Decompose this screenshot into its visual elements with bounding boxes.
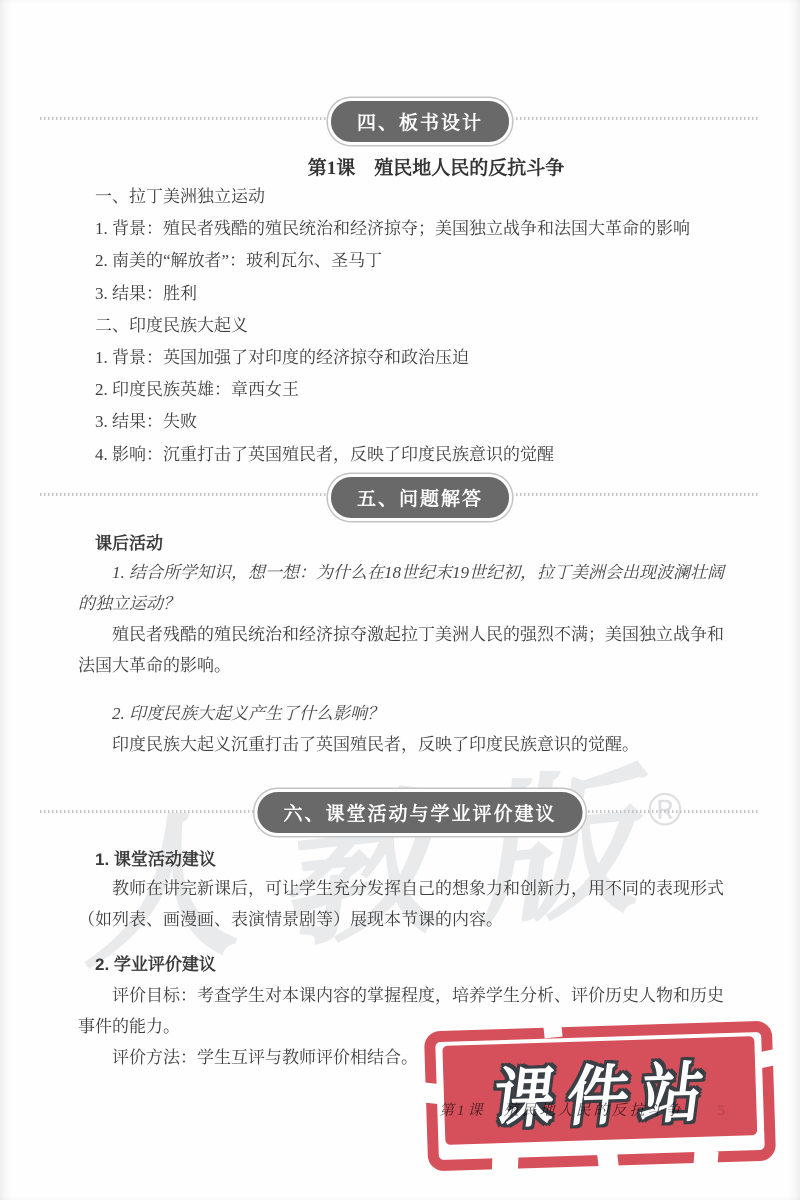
question-1: 1. 结合所学知识，想一想：为什么在18世纪末19世纪初，拉丁美洲会出现波澜壮阔… <box>78 557 736 619</box>
section-header-board-design: 四、板书设计 <box>331 101 509 142</box>
answer-2: 印度民族大起义沉重打击了英国殖民者，反映了印度民族意识的觉醒。 <box>78 729 736 760</box>
stamp-texture-gap <box>423 1082 441 1104</box>
board-line: 3. 结果：胜利 <box>95 278 740 310</box>
kejianzhan-stamp: 课件站 <box>424 1021 776 1172</box>
stamp-text: 课件站 <box>478 1040 722 1141</box>
registered-trademark-icon: ® <box>648 782 682 836</box>
board-line: 二、印度民族大起义 <box>95 310 740 342</box>
answer-1: 殖民者残酷的殖民统治和经济掠夺激起拉丁美洲人民的强烈不满；美国独立战争和法国大革… <box>78 619 736 681</box>
section-header-suggestions: 六、课堂活动与学业评价建议 <box>257 792 582 833</box>
classroom-activity-heading: 1. 课堂活动建议 <box>95 845 216 870</box>
board-design-outline: 一、拉丁美洲独立运动 1. 背景：殖民者残酷的殖民统治和经济掠夺；美国独立战争和… <box>95 181 740 471</box>
board-line: 4. 影响：沉重打击了英国殖民者，反映了印度民族意识的觉醒 <box>95 439 740 471</box>
classroom-activity-text: 教师在讲完新课后，可让学生充分发挥自己的想象力和创新力，用不同的表现形式（如列表… <box>78 873 736 935</box>
board-line: 一、拉丁美洲独立运动 <box>95 181 740 213</box>
board-line: 2. 南美的“解放者”：玻利瓦尔、圣马丁 <box>95 245 740 277</box>
stamp-background: 课件站 <box>442 1036 757 1145</box>
after-class-activity-heading: 课后活动 <box>95 529 163 554</box>
stamp-texture-gap <box>492 1157 519 1173</box>
board-line: 2. 印度民族英雄：章西女王 <box>95 374 740 406</box>
board-line: 1. 背景：殖民者残酷的殖民统治和经济掠夺；美国独立战争和法国大革命的影响 <box>95 213 740 245</box>
board-line: 3. 结果：失败 <box>95 406 740 438</box>
stamp-texture-gap <box>693 1150 718 1167</box>
lesson-title: 第1课 殖民地人民的反抗斗争 <box>108 153 764 180</box>
board-line: 1. 背景：英国加强了对印度的经济掠夺和政治压迫 <box>95 342 740 374</box>
section-header-qa: 五、问题解答 <box>331 477 509 518</box>
stamp-texture-gap <box>543 1024 562 1039</box>
stamp-texture-gap <box>597 1153 619 1170</box>
evaluation-heading: 2. 学业评价建议 <box>95 950 216 975</box>
stamp-texture-gap <box>758 1049 776 1068</box>
question-2: 2. 印度民族大起义产生了什么影响？ <box>78 698 736 729</box>
book-page: 人教版 ® 四、板书设计 第1课 殖民地人民的反抗斗争 一、拉丁美洲独立运动 1… <box>0 0 800 1200</box>
